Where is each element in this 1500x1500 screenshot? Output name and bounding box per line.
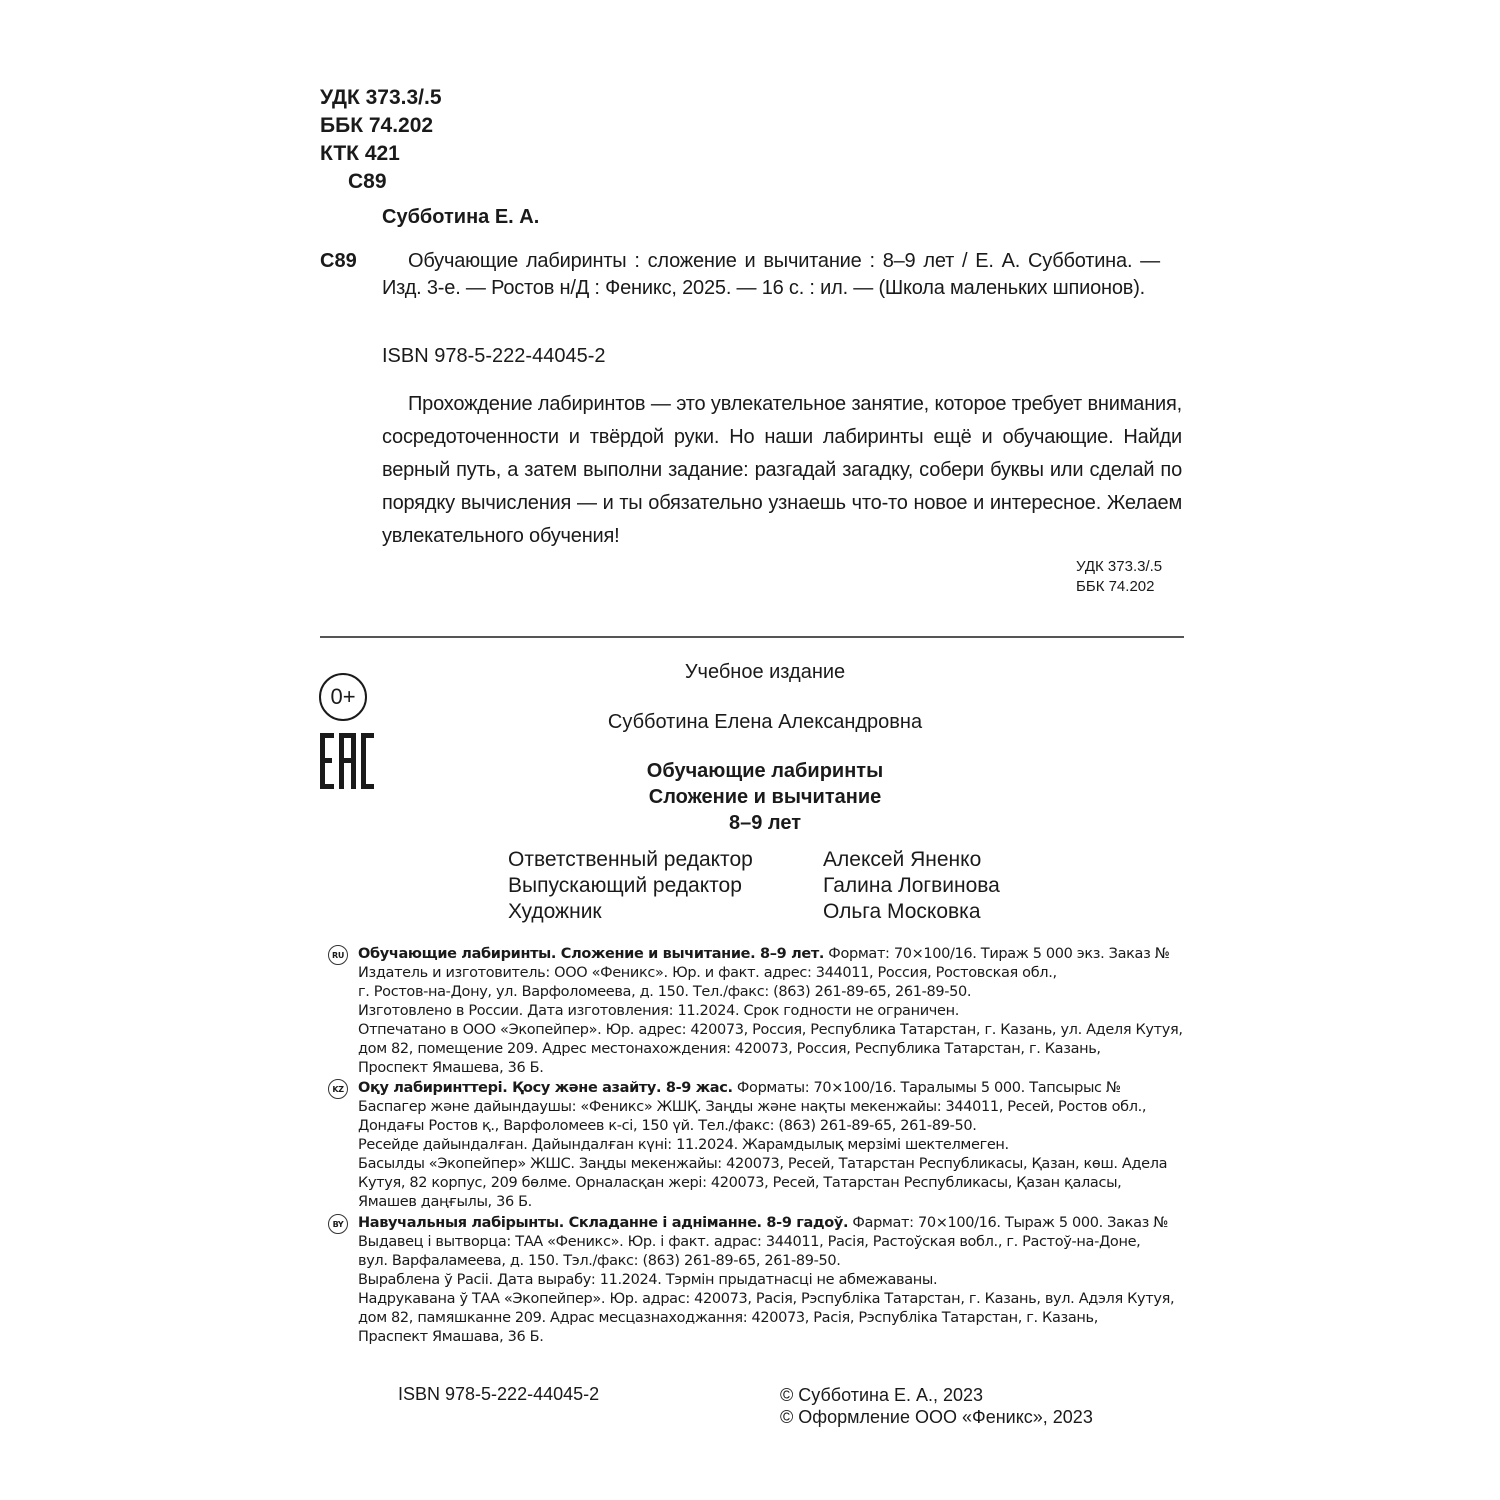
- legal-line: Издатель и изготовитель: ООО «Феникс». Ю…: [358, 964, 1183, 983]
- annotation-text: Прохождение лабиринтов — это увлекательн…: [382, 388, 1182, 553]
- legal-line: Кутуя, 82 корпус, 209 бөлме. Орналасқан …: [358, 1174, 1167, 1193]
- legal-line: Ямашев даңғылы, 36 Б.: [358, 1193, 1167, 1212]
- legal-title: Обучающие лабиринты. Сложение и вычитани…: [358, 946, 824, 962]
- credit-role: Ответственный редактор: [508, 847, 823, 873]
- legal-line: Проспект Ямашева, 36 Б.: [358, 1059, 1183, 1078]
- lang-kz-badge-icon: KZ: [328, 1079, 348, 1099]
- bibliographic-description: Обучающие лабиринты : сложение и вычитан…: [382, 248, 1160, 302]
- legal-line: Праспект Ямашава, 36 Б.: [358, 1328, 1174, 1347]
- age-rating-badge: 0+: [319, 673, 367, 721]
- legal-line: дом 82, памяшканне 209. Адрас месцазнахо…: [358, 1309, 1174, 1328]
- udk-code: УДК 373.3/.5: [320, 84, 442, 112]
- ktk-code: КТК 421: [320, 140, 442, 168]
- legal-line: вул. Варфаламеева, д. 150. Тэл./факс: (8…: [358, 1252, 1174, 1271]
- legal-line: Выдавец і вытворца: ТАА «Феникс». Юр. і …: [358, 1233, 1174, 1252]
- credits: Ответственный редактор Алексей Яненко Вы…: [508, 847, 1000, 925]
- legal-title: Оқу лабиринттері. Қосу және азайту. 8-9 …: [358, 1080, 733, 1096]
- credit-role: Художник: [508, 899, 823, 925]
- bbk-code: ББК 74.202: [320, 112, 442, 140]
- book-age-range: 8–9 лет: [430, 810, 1100, 836]
- section-divider: [320, 636, 1184, 638]
- book-title: Обучающие лабиринты: [430, 758, 1100, 784]
- eac-mark-icon: [320, 733, 374, 789]
- legal-line: Дондағы Ростов қ., Варфоломеев к-сі, 150…: [358, 1117, 1167, 1136]
- credit-row: Ответственный редактор Алексей Яненко: [508, 847, 1000, 873]
- age-rating-text: 0+: [330, 684, 355, 710]
- author-sign: С89: [320, 168, 442, 196]
- lang-by-badge-icon: BY: [328, 1214, 348, 1234]
- book-subtitle: Сложение и вычитание: [430, 784, 1100, 810]
- legal-block-by: BY Навучальныя лабірынты. Складанне і ад…: [328, 1214, 1188, 1347]
- annotation: Прохождение лабиринтов — это увлекательн…: [382, 388, 1182, 553]
- legal-block-ru: RU Обучающие лабиринты. Сложение и вычит…: [328, 945, 1188, 1078]
- isbn-bottom: ISBN 978-5-222-44045-2: [398, 1384, 599, 1405]
- credit-name: Ольга Московка: [823, 899, 981, 925]
- legal-line: Надрукавана ў ТАА «Экопейпер». Юр. адрас…: [358, 1290, 1174, 1309]
- annotation-codes: УДК 373.3/.5 ББК 74.202: [1076, 557, 1162, 597]
- isbn-top: ISBN 978-5-222-44045-2: [382, 345, 605, 368]
- legal-format: Формат: 70×100/16. Тираж 5 000 экз. Зака…: [824, 946, 1169, 962]
- book-title-block: Обучающие лабиринты Сложение и вычитание…: [430, 758, 1100, 836]
- bbk-code-small: ББК 74.202: [1076, 577, 1162, 597]
- legal-line: Ресейде дайындалған. Дайындалған күні: 1…: [358, 1136, 1167, 1155]
- legal-line: Баспагер және дайындаушы: «Феникс» ЖШҚ. …: [358, 1098, 1167, 1117]
- legal-title: Навучальныя лабірынты. Складанне і аднім…: [358, 1215, 848, 1231]
- lang-ru-badge-icon: RU: [328, 945, 348, 965]
- legal-line: Выраблена ў Расіі. Дата вырабу: 11.2024.…: [358, 1271, 1174, 1290]
- legal-block-kz: KZ Оқу лабиринттері. Қосу және азайту. 8…: [328, 1079, 1188, 1212]
- copyright-block: © Субботина Е. А., 2023 © Оформление ООО…: [780, 1384, 1093, 1428]
- credit-row: Художник Ольга Московка: [508, 899, 1000, 925]
- classification-codes: УДК 373.3/.5 ББК 74.202 КТК 421 С89: [320, 84, 442, 196]
- copyright-design: © Оформление ООО «Феникс», 2023: [780, 1406, 1093, 1428]
- credit-role: Выпускающий редактор: [508, 873, 823, 899]
- copyright-author: © Субботина Е. А., 2023: [780, 1384, 1093, 1406]
- biblio-author-sign: С89: [320, 250, 357, 273]
- legal-line: дом 82, помещение 209. Адрес местонахожд…: [358, 1040, 1183, 1059]
- author-full-name: Субботина Елена Александровна: [430, 711, 1100, 734]
- bibliographic-text: Обучающие лабиринты : сложение и вычитан…: [382, 248, 1160, 302]
- credit-row: Выпускающий редактор Галина Логвинова: [508, 873, 1000, 899]
- author-heading: Субботина Е. А.: [382, 206, 539, 229]
- credit-name: Алексей Яненко: [823, 847, 981, 873]
- legal-format: Форматы: 70×100/16. Таралымы 5 000. Тапс…: [733, 1080, 1121, 1096]
- udk-code-small: УДК 373.3/.5: [1076, 557, 1162, 577]
- legal-line: Изготовлено в России. Дата изготовления:…: [358, 1002, 1183, 1021]
- legal-line: г. Ростов-на-Дону, ул. Варфоломеева, д. …: [358, 983, 1183, 1002]
- legal-line: Басылды «Экопейпер» ЖШС. Заңды мекенжайы…: [358, 1155, 1167, 1174]
- edition-type: Учебное издание: [430, 661, 1100, 684]
- credit-name: Галина Логвинова: [823, 873, 1000, 899]
- legal-line: Отпечатано в ООО «Экопейпер». Юр. адрес:…: [358, 1021, 1183, 1040]
- legal-format: Фармат: 70×100/16. Тыраж 5 000. Заказ №: [848, 1215, 1168, 1231]
